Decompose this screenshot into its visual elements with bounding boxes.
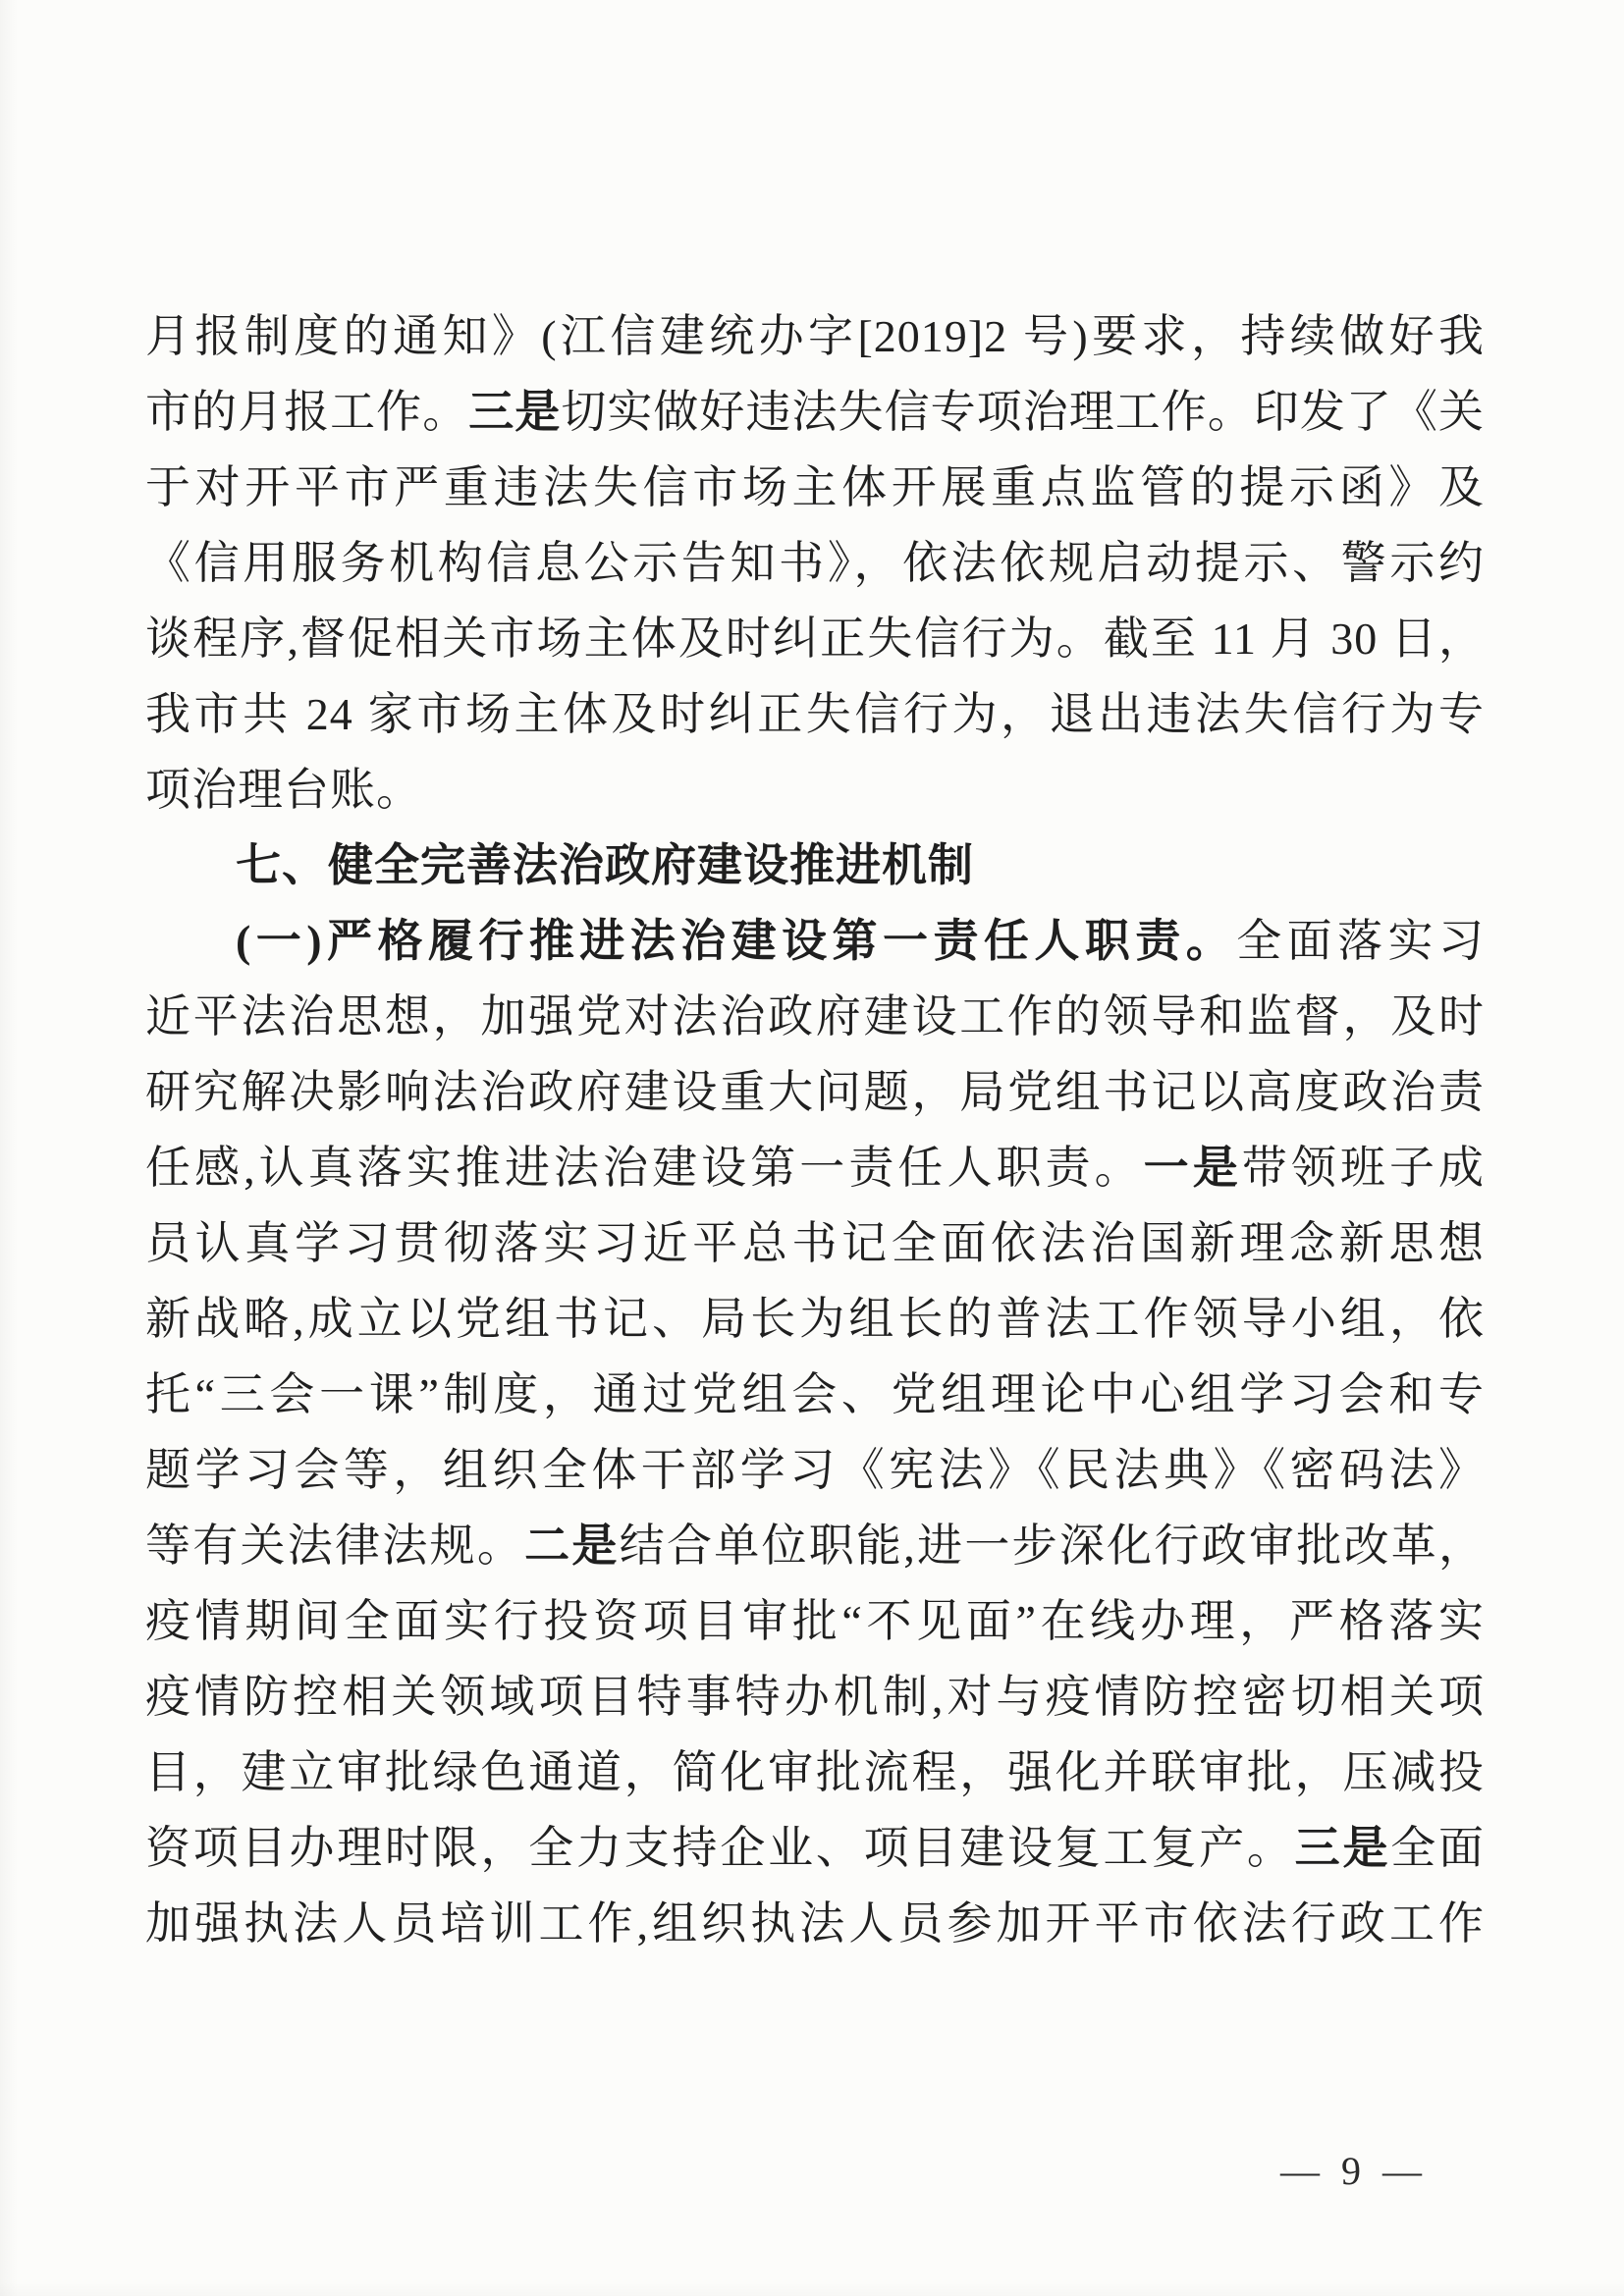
bold-text-segment: 三是	[468, 387, 561, 437]
text-segment: 切实做好违法失信专项治理工作。印发了《关	[561, 387, 1485, 437]
text-line-21: 资项目办理时限，全力支持企业、项目建设复工复产。三是全面	[145, 1810, 1485, 1886]
bold-text-segment: 二是	[524, 1521, 620, 1571]
text-line-9: (一)严格履行推进法治建设第一责任人职责。全面落实习	[145, 903, 1485, 979]
text-line-12: 任感,认真落实推进法治建设第一责任人职责。一是带领班子成	[145, 1130, 1485, 1205]
text-line-13: 员认真学习贯彻落实习近平总书记全面依法治国新理念新思想	[145, 1205, 1485, 1281]
text-segment: 疫情期间全面实行投资项目审批“不见面”在线办理，严格落实	[145, 1596, 1485, 1646]
text-segment: 题学习会等，组织全体干部学习《宪法》《民法典》《密码法》	[145, 1445, 1485, 1495]
bold-text-segment: (一)严格履行推进法治建设第一责任人职责。	[236, 916, 1236, 966]
text-segment: 近平法治思想，加强党对法治政府建设工作的领导和监督，及时	[145, 991, 1485, 1041]
text-segment: 加强执法人员培训工作,组织执法人员参加开平市依法行政工作	[145, 1898, 1485, 1949]
text-segment: 谈程序,督促相关市场主体及时纠正失信行为。截至 11 月 30 日，	[145, 614, 1485, 664]
text-line-5: 谈程序,督促相关市场主体及时纠正失信行为。截至 11 月 30 日，	[145, 601, 1485, 676]
text-segment: 带领班子成	[1242, 1143, 1485, 1193]
text-line-20: 目，建立审批绿色通道，简化审批流程，强化并联审批，压减投	[145, 1735, 1485, 1810]
text-line-19: 疫情防控相关领域项目特事特办机制,对与疫情防控密切相关项	[145, 1659, 1485, 1735]
text-line-2: 市的月报工作。三是切实做好违法失信专项治理工作。印发了《关	[145, 374, 1485, 450]
text-segment: 市的月报工作。	[145, 387, 468, 437]
text-segment: 结合单位职能,进一步深化行政审批改革，	[620, 1521, 1485, 1571]
text-line-17: 等有关法律法规。二是结合单位职能,进一步深化行政审批改革，	[145, 1508, 1485, 1583]
text-segment: 于对开平市严重违法失信市场主体开展重点监管的提示函》及	[145, 462, 1485, 512]
document-text-body: 月报制度的通知》(江信建统办字[2019]2 号)要求，持续做好我市的月报工作。…	[145, 298, 1485, 1961]
page-number: — 9 —	[1280, 2148, 1428, 2194]
text-line-14: 新战略,成立以党组书记、局长为组长的普法工作领导小组，依	[145, 1281, 1485, 1357]
text-line-3: 于对开平市严重违法失信市场主体开展重点监管的提示函》及	[145, 450, 1485, 525]
text-segment: 等有关法律法规。	[145, 1521, 524, 1571]
text-line-16: 题学习会等，组织全体干部学习《宪法》《民法典》《密码法》	[145, 1432, 1485, 1508]
text-line-7: 项治理台账。	[145, 752, 1485, 828]
text-segment: 全面落实习	[1236, 916, 1485, 966]
text-line-10: 近平法治思想，加强党对法治政府建设工作的领导和监督，及时	[145, 979, 1485, 1054]
text-segment: 任感,认真落实推进法治建设第一责任人职责。	[145, 1143, 1144, 1193]
text-line-6: 我市共 24 家市场主体及时纠正失信行为，退出违法失信行为专	[145, 676, 1485, 752]
bold-text-segment: 三是	[1295, 1823, 1391, 1873]
text-line-11: 研究解决影响法治政府建设重大问题，局党组书记以高度政治责	[145, 1054, 1485, 1130]
bold-text-segment: 一是	[1144, 1143, 1242, 1193]
text-segment: 《信用服务机构信息公示告知书》，依法依规启动提示、警示约	[145, 538, 1485, 588]
text-segment: 研究解决影响法治政府建设重大问题，局党组书记以高度政治责	[145, 1067, 1485, 1117]
text-line-8: 七、健全完善法治政府建设推进机制	[145, 828, 1485, 903]
text-segment: 全面	[1390, 1823, 1485, 1873]
text-line-22: 加强执法人员培训工作,组织执法人员参加开平市依法行政工作	[145, 1886, 1485, 1961]
document-page: 月报制度的通知》(江信建统办字[2019]2 号)要求，持续做好我市的月报工作。…	[0, 0, 1624, 2296]
text-segment: 资项目办理时限，全力支持企业、项目建设复工复产。	[145, 1823, 1295, 1873]
text-segment: 新战略,成立以党组书记、局长为组长的普法工作领导小组，依	[145, 1294, 1485, 1344]
text-segment: 托“三会一课”制度，通过党组会、党组理论中心组学习会和专	[145, 1369, 1485, 1419]
text-segment: 月报制度的通知》(江信建统办字[2019]2 号)要求，持续做好我	[145, 311, 1485, 361]
text-line-15: 托“三会一课”制度，通过党组会、党组理论中心组学习会和专	[145, 1357, 1485, 1432]
bold-text-segment: 七、健全完善法治政府建设推进机制	[236, 840, 974, 890]
text-segment: 项治理台账。	[145, 765, 422, 815]
text-line-4: 《信用服务机构信息公示告知书》，依法依规启动提示、警示约	[145, 525, 1485, 601]
text-line-18: 疫情期间全面实行投资项目审批“不见面”在线办理，严格落实	[145, 1583, 1485, 1659]
text-segment: 疫情防控相关领域项目特事特办机制,对与疫情防控密切相关项	[145, 1672, 1485, 1722]
text-line-1: 月报制度的通知》(江信建统办字[2019]2 号)要求，持续做好我	[145, 298, 1485, 374]
text-segment: 目，建立审批绿色通道，简化审批流程，强化并联审批，压减投	[145, 1747, 1485, 1797]
text-segment: 我市共 24 家市场主体及时纠正失信行为，退出违法失信行为专	[145, 689, 1485, 739]
text-segment: 员认真学习贯彻落实习近平总书记全面依法治国新理念新思想	[145, 1218, 1485, 1268]
